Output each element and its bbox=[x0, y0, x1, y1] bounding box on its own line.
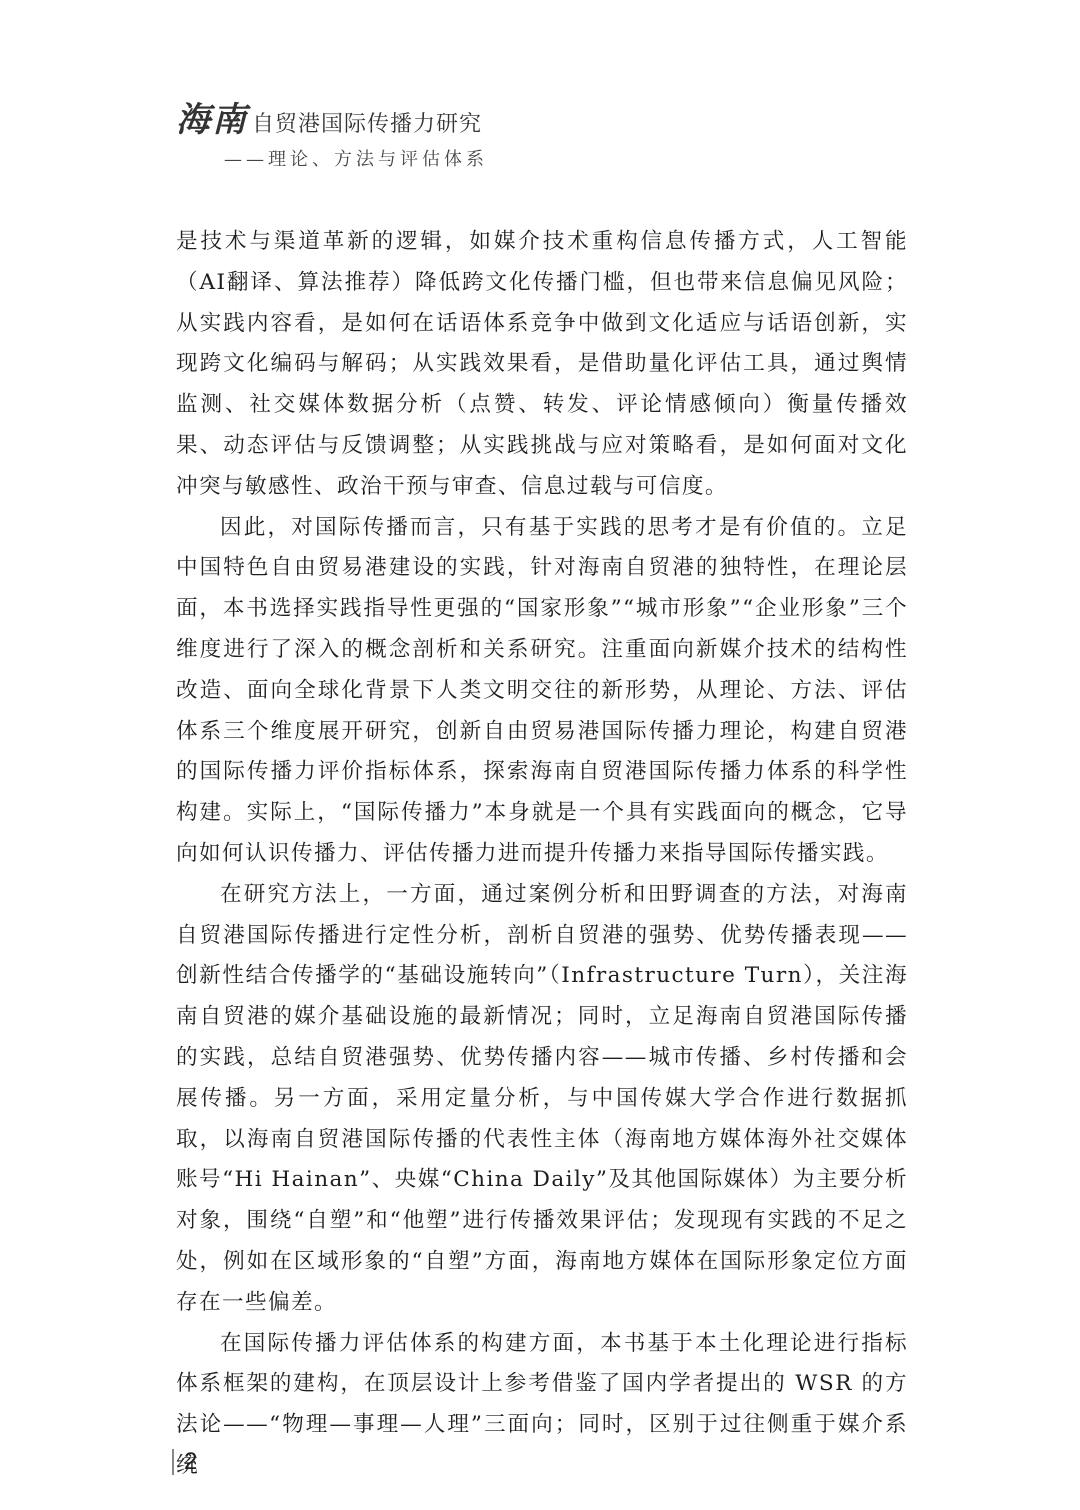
book-title: 海南 自贸港国际传播力研究 bbox=[176, 92, 488, 141]
paragraph-4: 在国际传播力评估体系的构建方面，本书基于本土化理论进行指标体系框架的建构，在顶层… bbox=[176, 1324, 908, 1487]
book-title-brush: 海南 bbox=[176, 92, 248, 141]
paragraph-1: 是技术与渠道革新的逻辑，如媒介技术重构信息传播方式，人工智能（AI翻译、算法推荐… bbox=[176, 222, 908, 508]
page-number: 2 bbox=[184, 1448, 197, 1476]
paragraph-2: 因此，对国际传播而言，只有基于实践的思考才是有价值的。立足中国特色自由贸易港建设… bbox=[176, 508, 908, 875]
body-text: 是技术与渠道革新的逻辑，如媒介技术重构信息传播方式，人工智能（AI翻译、算法推荐… bbox=[176, 222, 908, 1487]
book-title-text: 自贸港国际传播力研究 bbox=[252, 107, 482, 138]
footer-divider bbox=[172, 1449, 174, 1475]
paragraph-3: 在研究方法上，一方面，通过案例分析和田野调查的方法，对海南自贸港国际传播进行定性… bbox=[176, 875, 908, 1324]
page-footer: 2 bbox=[172, 1448, 197, 1476]
running-header: 海南 自贸港国际传播力研究 ——理论、方法与评估体系 bbox=[176, 92, 488, 171]
book-subtitle: ——理论、方法与评估体系 bbox=[224, 145, 488, 171]
